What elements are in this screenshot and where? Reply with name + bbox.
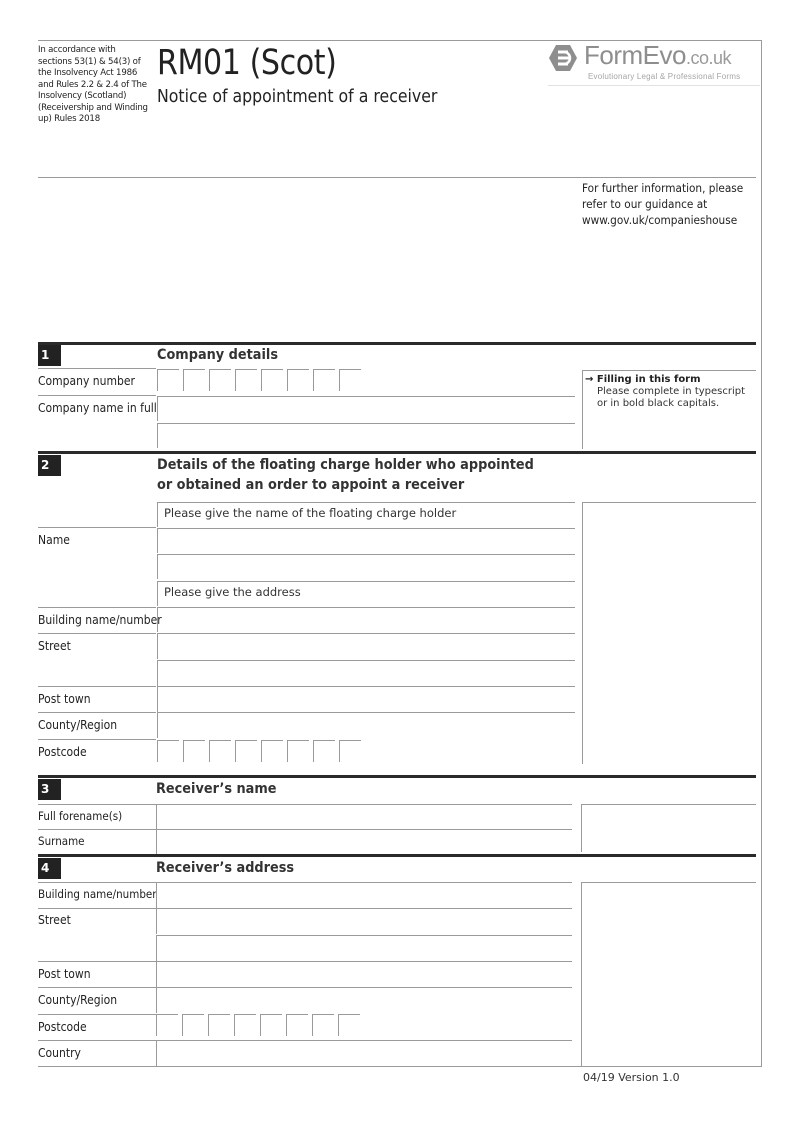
company-number-boxes (157, 369, 365, 391)
company-number-box-4[interactable] (235, 369, 257, 391)
holder-postcode-boxes (157, 740, 365, 762)
guidance-title: → Filling in this form (585, 374, 756, 386)
receiver-post-town-field[interactable] (156, 961, 572, 987)
holder-name-label: Name (38, 533, 70, 547)
company-number-box-5[interactable] (261, 369, 283, 391)
section-4-side-box (581, 882, 756, 1066)
section-1-bar (38, 342, 756, 345)
holder-postcode-box-7[interactable] (313, 740, 335, 762)
holder-postcode-box-2[interactable] (183, 740, 205, 762)
form-code-title: RM01 (Scot) (157, 40, 336, 86)
arrow-right-icon: → (585, 374, 593, 385)
section-4-number: 4 (38, 858, 61, 879)
surname-label: Surname (38, 834, 85, 848)
receiver-postcode-box-1[interactable] (156, 1014, 178, 1036)
holder-building-field[interactable] (157, 607, 575, 632)
row-divider (38, 987, 156, 988)
receiver-postcode-label: Postcode (38, 1020, 87, 1034)
row-divider (38, 1014, 156, 1015)
row-divider (38, 804, 156, 805)
receiver-country-label: Country (38, 1046, 81, 1060)
receiver-county-label: County/Region (38, 993, 117, 1007)
receiver-postcode-box-6[interactable] (286, 1014, 308, 1036)
company-name-field-line-2[interactable] (157, 423, 575, 448)
receiver-postcode-box-8[interactable] (338, 1014, 360, 1036)
receiver-building-label: Building name/number (38, 887, 157, 901)
receiver-county-field[interactable] (156, 987, 572, 1013)
holder-building-label: Building name/number (38, 613, 162, 627)
holder-street-field-line-2[interactable] (157, 660, 575, 686)
receiver-postcode-box-3[interactable] (208, 1014, 230, 1036)
section-2-number: 2 (38, 455, 61, 476)
row-divider (38, 1040, 156, 1041)
logo-divider (548, 85, 760, 86)
company-number-box-8[interactable] (339, 369, 361, 391)
page-bottom-border (38, 1066, 762, 1067)
receiver-country-field[interactable] (156, 1040, 572, 1066)
holder-postcode-box-6[interactable] (287, 740, 309, 762)
holder-post-town-label: Post town (38, 692, 91, 706)
receiver-forename-field[interactable] (156, 804, 572, 829)
holder-street-field-line-1[interactable] (157, 633, 575, 659)
receiver-street-field-line-2[interactable] (156, 935, 572, 961)
holder-post-town-field[interactable] (157, 686, 575, 712)
company-number-box-7[interactable] (313, 369, 335, 391)
logo-wordmark: FormEvo.co.uk (584, 40, 731, 71)
section-1-title: Company details (157, 345, 278, 365)
holder-postcode-box-8[interactable] (339, 740, 361, 762)
form-version: 04/19 Version 1.0 (583, 1071, 680, 1084)
company-number-box-2[interactable] (183, 369, 205, 391)
formevo-logo: FormEvo.co.uk Evolutionary Legal & Profe… (548, 42, 760, 86)
logo-tagline: Evolutionary Legal & Professional Forms (588, 72, 740, 81)
holder-postcode-label: Postcode (38, 745, 87, 759)
holder-county-field[interactable] (157, 712, 575, 738)
row-divider (38, 368, 156, 369)
row-divider (38, 908, 156, 909)
section-3-number: 3 (38, 779, 61, 800)
section-4-bar (38, 854, 756, 857)
row-divider (38, 607, 156, 608)
section-3-bar (38, 775, 756, 778)
section-3-side-box (581, 804, 756, 852)
receiver-postcode-box-4[interactable] (234, 1014, 256, 1036)
holder-street-label: Street (38, 639, 71, 653)
holder-postcode-box-1[interactable] (157, 740, 179, 762)
holder-name-field-line-1[interactable] (157, 528, 575, 553)
section-3-title: Receiver’s name (156, 779, 277, 799)
receiver-postcode-box-2[interactable] (182, 1014, 204, 1036)
holder-address-prompt: Please give the address (157, 581, 575, 606)
section-4-title: Receiver’s address (156, 858, 294, 878)
section-2-title-line-2: or obtained an order to appoint a receiv… (157, 475, 464, 495)
page-right-border (761, 40, 762, 1067)
row-divider (38, 633, 156, 634)
row-divider (38, 712, 156, 713)
forename-label: Full forename(s) (38, 809, 122, 823)
holder-postcode-box-3[interactable] (209, 740, 231, 762)
row-divider (38, 395, 156, 396)
section-2-title-line-1: Details of the floating charge holder wh… (157, 455, 534, 475)
receiver-street-label: Street (38, 913, 71, 927)
formevo-hexagon-icon (548, 44, 578, 72)
company-number-box-3[interactable] (209, 369, 231, 391)
header-divider (38, 177, 756, 178)
receiver-postcode-box-7[interactable] (312, 1014, 334, 1036)
section-2-bar (38, 451, 756, 454)
row-divider (38, 686, 156, 687)
receiver-postcode-box-5[interactable] (260, 1014, 282, 1036)
form-subtitle: Notice of appointment of a receiver (157, 86, 437, 108)
receiver-street-field-line-1[interactable] (156, 908, 572, 934)
holder-name-field-line-2[interactable] (157, 554, 575, 579)
company-name-label: Company name in full (38, 401, 157, 415)
filling-in-guidance-box: → Filling in this form Please complete i… (582, 370, 756, 449)
holder-county-label: County/Region (38, 718, 117, 732)
row-divider (38, 961, 156, 962)
holder-postcode-box-5[interactable] (261, 740, 283, 762)
company-number-box-6[interactable] (287, 369, 309, 391)
holder-postcode-box-4[interactable] (235, 740, 257, 762)
receiver-surname-field[interactable] (156, 829, 572, 854)
row-divider (38, 829, 156, 830)
legal-reference-note: In accordance with sections 53(1) & 54(3… (38, 45, 148, 126)
company-number-box-1[interactable] (157, 369, 179, 391)
section-2-side-box (582, 502, 756, 764)
receiver-post-town-label: Post town (38, 967, 91, 981)
section-1-number: 1 (38, 345, 61, 366)
receiver-building-field[interactable] (156, 882, 572, 908)
receiver-postcode-boxes (156, 1014, 364, 1036)
holder-name-prompt: Please give the name of the floating cha… (157, 502, 575, 527)
row-divider (38, 527, 156, 528)
company-number-label: Company number (38, 374, 135, 388)
row-divider (38, 882, 156, 883)
company-name-field-line-1[interactable] (157, 396, 575, 421)
further-information-note: For further information, please refer to… (582, 181, 747, 229)
row-divider (38, 739, 156, 740)
guidance-text: Please complete in typescript or in bold… (585, 386, 756, 410)
